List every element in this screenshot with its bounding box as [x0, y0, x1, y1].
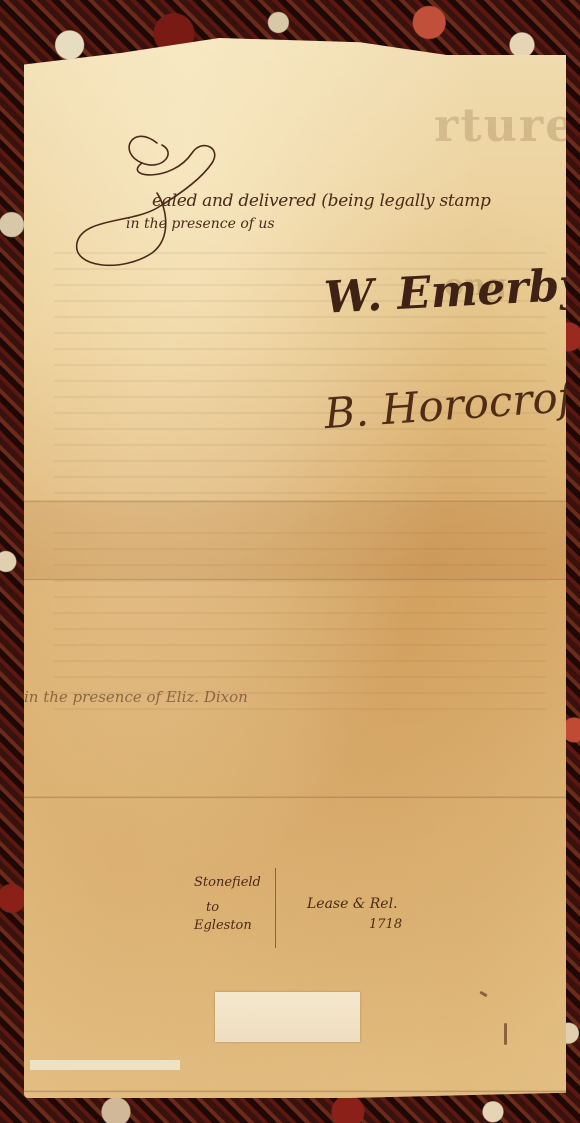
fold-line [24, 500, 566, 503]
endorsement-year: 1718 [369, 917, 402, 932]
endorsement-description: Lease & Rel. [307, 896, 398, 912]
fold-line [24, 1090, 566, 1093]
fold-line [24, 796, 566, 799]
paper-label-patch [215, 992, 360, 1042]
fold-line [24, 578, 566, 581]
endorsement-bracket [275, 868, 276, 948]
ink-mark [504, 1023, 507, 1045]
endorsement-party-to: Egleston [194, 918, 252, 933]
underlying-page-edge [30, 1060, 180, 1070]
stain-band [24, 502, 566, 578]
attestation-line-1: ealed and delivered (being legally stamp [152, 191, 491, 211]
endorsement-connector: to [206, 900, 219, 915]
endorsement-party-from: Stonefield [194, 875, 261, 890]
parchment-document: rture ong ealed and delivered (being leg… [24, 38, 566, 1098]
ink-mark [479, 991, 487, 998]
faint-witness-line: in the presence of Eliz. Dixon [24, 688, 248, 706]
attestation-line-2: in the presence of us [126, 216, 275, 232]
show-through-heading: rture [434, 98, 576, 152]
